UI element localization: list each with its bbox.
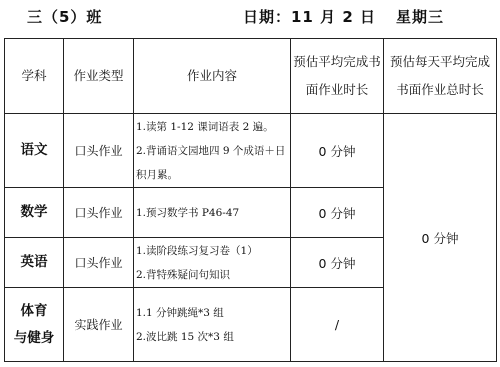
subject-cell: 体育 与健身 [5,288,64,362]
content-cell: 1.1 分钟跳绳*3 组 2.波比跳 15 次*3 组 [134,288,291,362]
time-cell: 0 分钟 [291,238,384,288]
content-cell: 1.读阶段练习复习卷（1） 2.背特殊疑问句知识 [134,238,291,288]
col-header-total-time: 预估每天平均完成 书面作业总时长 [384,39,497,114]
col-header-content: 作业内容 [134,39,291,114]
date: 日期：11 月 2 日 [243,8,376,26]
content-cell: 1.读第 1-12 课词语表 2 遍。 2.背诵语文园地四 9 个成语＋日 积月… [134,114,291,188]
subject-cell: 数学 [5,188,64,238]
table-row: 语文 口头作业 1.读第 1-12 课词语表 2 遍。 2.背诵语文园地四 9 … [5,114,497,188]
class-name: 三（5）班 [27,6,102,27]
time-cell: 0 分钟 [291,188,384,238]
weekday: 星期三 [396,8,444,26]
col-header-est-time: 预估平均完成书 面作业时长 [291,39,384,114]
col-header-type: 作业类型 [64,39,134,114]
col-header-subject: 学科 [5,39,64,114]
type-cell: 实践作业 [64,288,134,362]
subject-cell: 语文 [5,114,64,188]
time-cell: 0 分钟 [291,114,384,188]
time-cell: / [291,288,384,362]
type-cell: 口头作业 [64,188,134,238]
table-header-row: 学科 作业类型 作业内容 预估平均完成书 面作业时长 预估每天平均完成 书面作业… [5,39,497,114]
type-cell: 口头作业 [64,114,134,188]
type-cell: 口头作业 [64,238,134,288]
total-time-cell: 0 分钟 [384,114,497,362]
subject-cell: 英语 [5,238,64,288]
content-cell: 1.预习数学书 P46-47 [134,188,291,238]
date-line: 日期：11 月 2 日星期三 [243,6,444,27]
homework-table: 学科 作业类型 作业内容 预估平均完成书 面作业时长 预估每天平均完成 书面作业… [4,38,497,362]
